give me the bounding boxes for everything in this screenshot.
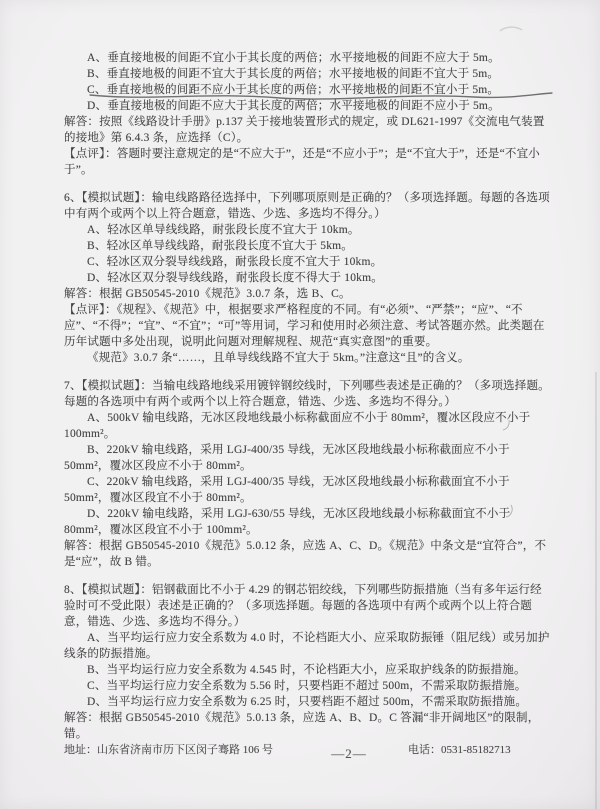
scanned-exam-page: A、垂直接地极的间距不宜小于其长度的两倍；水平接地极的间距不应大于 5m。 B、… bbox=[0, 0, 600, 809]
q5-answer: 解答：按照《线路设计手册》p.137 关于接地装置形式的规定，或 DL621-1… bbox=[64, 114, 550, 146]
question-5-block: A、垂直接地极的间距不宜小于其长度的两倍；水平接地极的间距不应大于 5m。 B、… bbox=[64, 50, 550, 178]
q7-option-c: C、220kV 输电线路，采用 LGJ-400/35 导线，无冰区段地线最小标称… bbox=[64, 474, 550, 506]
page-content: A、垂直接地极的间距不宜小于其长度的两倍；水平接地极的间距不应大于 5m。 B、… bbox=[64, 50, 550, 742]
q8-option-c: C、当平均运行应力安全系数为 5.56 时，只要档距不超过 500m，不需采取防… bbox=[64, 678, 550, 694]
scan-artifact bbox=[498, 24, 524, 34]
question-8-block: 8、【模拟试题】：铝钢截面比不小于 4.29 的钢芯铝绞线，下列哪些防振措施（当… bbox=[64, 582, 550, 742]
q6-option-c: C、轻冰区双分裂导线线路，耐张段长度不宜大于 10km。 bbox=[64, 254, 550, 270]
q6-comment: 【点评】：《规程》、《规范》中，根据要求严格程度的不同。有“必须”、“严禁”；“… bbox=[64, 302, 550, 350]
q6-stem: 6、【模拟试题】：输电线路路径选择中，下列哪项原则是正确的？（多项选择题。每题的… bbox=[64, 190, 550, 222]
scan-edge-line bbox=[595, 372, 597, 809]
page-number: —2— bbox=[304, 746, 394, 762]
footer-phone: 电话：0531-85182713 bbox=[394, 741, 550, 757]
q6-option-a: A、轻冰区单导线线路，耐张段长度不宜大于 10km。 bbox=[64, 222, 550, 238]
q6-answer: 解答：根据 GB50545-2010《规范》3.0.7 条，选 B、C。 bbox=[64, 286, 550, 302]
q5-option-d: D、垂直接地极的间距不应大于其长度的两倍；水平接地极的间距不应小于 5m。 bbox=[64, 98, 550, 114]
q6-option-d: D、轻冰区双分裂导线线路，耐张段长度不得大于 10km。 bbox=[64, 270, 550, 286]
q5-option-c: C、垂直接地极的间距不应小于其长度的两倍；水平接地极的间距不宜小于 5m。 bbox=[64, 82, 550, 98]
q7-option-a: A、500kV 输电线路，无冰区段地线最小标称截面应不小于 80mm²，覆冰区段… bbox=[64, 410, 550, 442]
footer-address: 地址：山东省济南市历下区闵子骞路 106 号 bbox=[64, 741, 304, 757]
q8-option-d: D、当平均运行应力安全系数为 6.25 时，只要档距不超过 500m，不需采取防… bbox=[64, 694, 550, 710]
q5-option-c-text: C、垂直接地极的间距不应小于其长度的两倍；水平接地极的间距不宜小于 5m。 bbox=[87, 84, 499, 96]
q7-answer: 解答：根据 GB50545-2010《规范》5.0.12 条，应选 A、C、D。… bbox=[64, 538, 550, 570]
q7-option-d: D、220kV 输电线路，采用 LGJ-630/55 导线，无冰区段地线最小标称… bbox=[64, 506, 550, 538]
q8-stem: 8、【模拟试题】：铝钢截面比不小于 4.29 的钢芯铝绞线，下列哪些防振措施（当… bbox=[64, 582, 550, 630]
q7-stem: 7、【模拟试题】：当输电线路地线采用镀锌钢绞线时，下列哪些表述是正确的？（多项选… bbox=[64, 378, 550, 410]
q5-option-a: A、垂直接地极的间距不宜小于其长度的两倍；水平接地极的间距不应大于 5m。 bbox=[64, 50, 550, 66]
q6-option-b: B、轻冰区单导线线路，耐张段长度不宜大于 5km。 bbox=[64, 238, 550, 254]
q5-comment: 【点评】：答题时要注意规定的是“不应大于”，还是“不应小于”；是“不宜大于”，还… bbox=[64, 146, 550, 178]
q8-answer: 解答：根据 GB50545-2010《规范》5.0.13 条，应选 A、B、D。… bbox=[64, 710, 550, 742]
q8-option-b: B、当平均运行应力安全系数为 4.545 时，不论档距大小，应采取护线条的防振措… bbox=[64, 662, 550, 678]
question-6-block: 6、【模拟试题】：输电线路路径选择中，下列哪项原则是正确的？（多项选择题。每题的… bbox=[64, 190, 550, 366]
page-footer: 地址：山东省济南市历下区闵子骞路 106 号 —2— 电话：0531-85182… bbox=[64, 741, 550, 757]
question-7-block: 7、【模拟试题】：当输电线路地线采用镀锌钢绞线时，下列哪些表述是正确的？（多项选… bbox=[64, 378, 550, 570]
q5-option-b: B、垂直接地极的间距不宜大于其长度的两倍；水平接地极的间距不宜大于 5m。 bbox=[64, 66, 550, 82]
q7-option-b: B、220kV 输电线路，采用 LGJ-400/35 导线，无冰区段地线最小标称… bbox=[64, 442, 550, 474]
q6-note: 《规范》3.0.7 条“……，且单导线线路不宜大于 5km。”注意这“且”的含义… bbox=[64, 350, 550, 366]
q8-option-a: A、当平均运行应力安全系数为 4.0 时，不论档距大小、应采取防振锤（阻尼线）或… bbox=[64, 630, 550, 662]
